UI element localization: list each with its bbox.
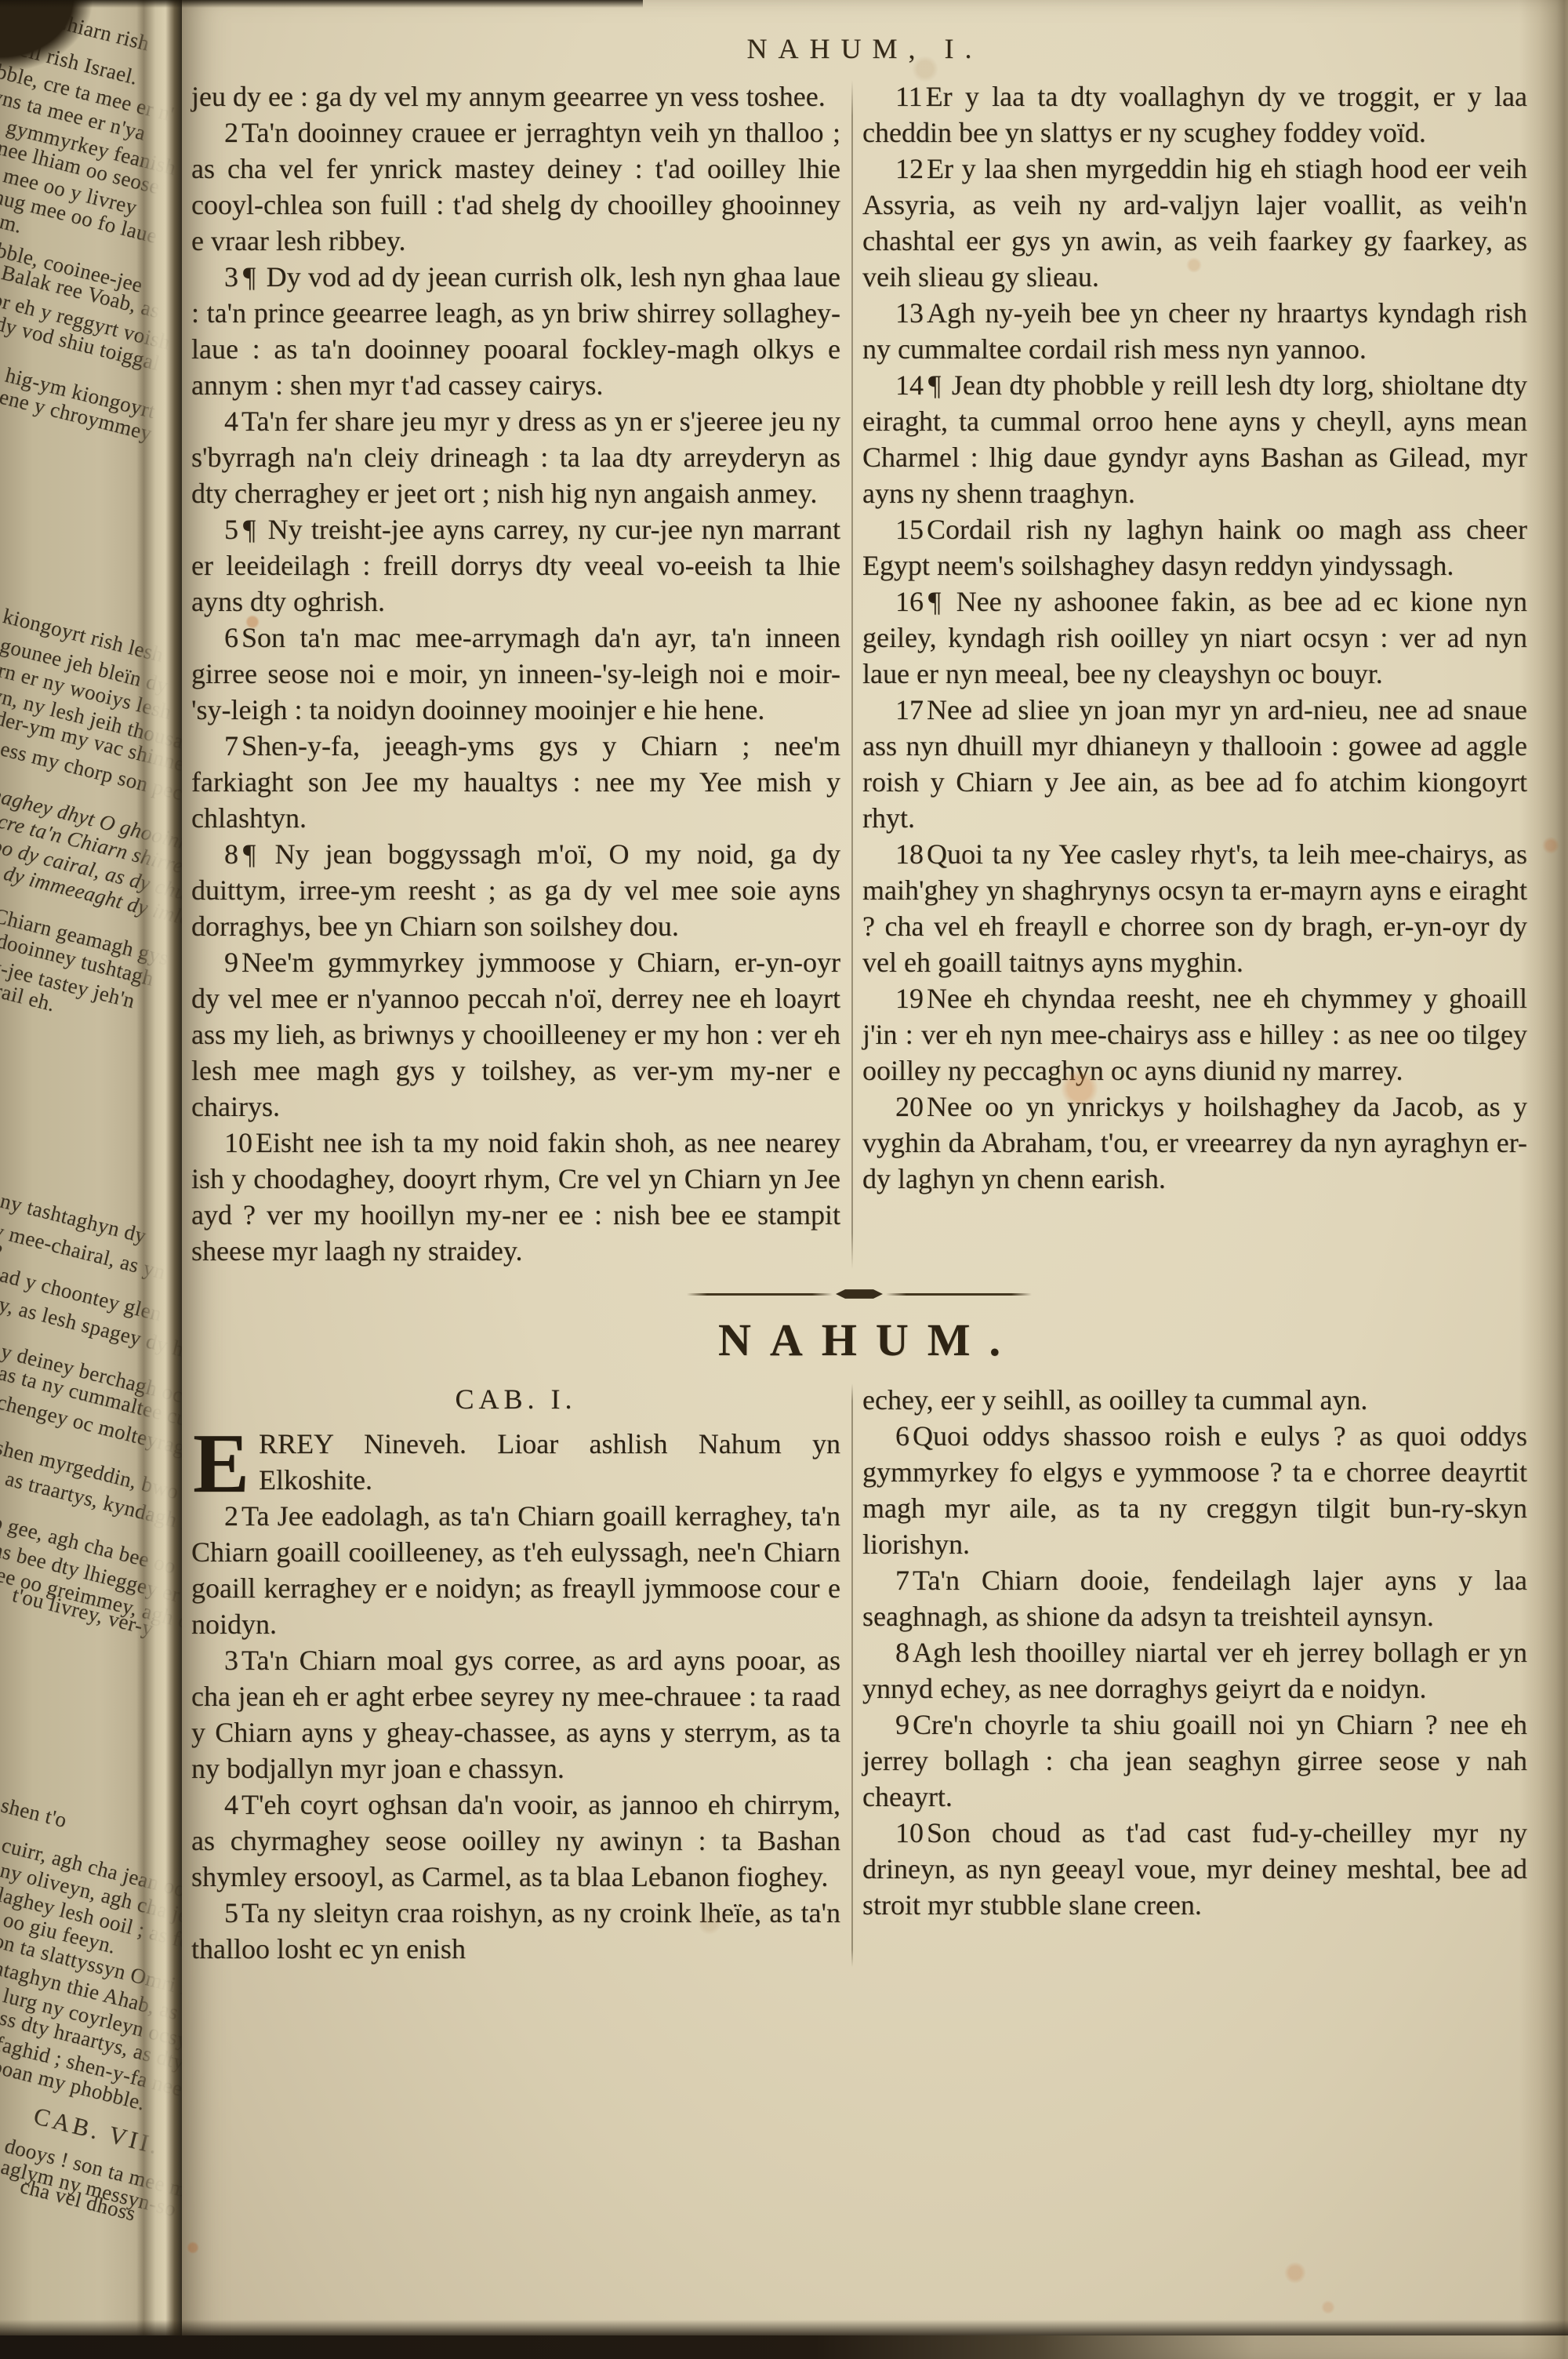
verse-10: 10Son choud as t'ad cast fud-y-cheilley … bbox=[862, 1815, 1527, 1923]
verse-number: 15 bbox=[895, 514, 927, 545]
verse-20: 20Nee oo yn ynrickys y hoilshaghey da Ja… bbox=[862, 1089, 1527, 1197]
verse-number: 5 bbox=[224, 514, 241, 545]
verse-4: 4T'eh coyrt oghsan da'n vooir, as jannoo… bbox=[191, 1787, 840, 1895]
verse-3: 3¶ Dy vod ad dy jeean currish olk, lesh … bbox=[191, 259, 840, 403]
nahum-right-column: echey, eer y seihll, as ooilley ta cumma… bbox=[862, 1382, 1527, 1967]
verse-number: 19 bbox=[895, 983, 927, 1014]
divider-gem-icon bbox=[836, 1289, 883, 1299]
verse-2: 2Ta Jee eadolagh, as ta'n Chiarn goaill … bbox=[191, 1498, 840, 1642]
page-curl-highlight bbox=[136, 0, 182, 2359]
verse-number: 3 bbox=[224, 1645, 241, 1676]
column-rule bbox=[851, 1383, 853, 1967]
verse-15: 15Cordail rish ny laghyn haink oo magh a… bbox=[862, 511, 1527, 583]
verse-17: 17Nee ad sliee yn joan myr yn ard-nieu, … bbox=[862, 692, 1527, 836]
chapter-heading: CAB. I. bbox=[191, 1382, 840, 1416]
verse-number: 5 bbox=[224, 1897, 241, 1928]
pilcrow-icon: ¶ bbox=[241, 838, 259, 870]
previous-page-text-fragment: s shen t'o bbox=[0, 1790, 69, 1833]
verse-8: 8Agh lesh thooilley niartal ver eh jerre… bbox=[862, 1634, 1527, 1707]
verse-number: 13 bbox=[895, 297, 927, 329]
pilcrow-icon: ¶ bbox=[927, 369, 944, 401]
verse-number: 12 bbox=[895, 153, 927, 184]
verse-number: 9 bbox=[224, 947, 241, 978]
verse-number: 6 bbox=[224, 622, 241, 653]
pilcrow-icon: ¶ bbox=[927, 586, 944, 617]
drop-cap: E bbox=[193, 1430, 249, 1498]
verse-continuation: jeu dy ee : ga dy vel my annym geearree … bbox=[191, 78, 840, 114]
verse-number: 8 bbox=[224, 838, 241, 870]
verse-5: 5Ta ny sleityn craa roishyn, as ny croin… bbox=[191, 1895, 840, 1967]
nahum-columns: CAB. I. ERREY Nineveh. Lioar ashlish Nah… bbox=[191, 1382, 1527, 1967]
scanned-book-photo: y Chiarn risheadeil rish Israel.obble, c… bbox=[0, 0, 1568, 2359]
nahum-left-column: CAB. I. ERREY Nineveh. Lioar ashlish Nah… bbox=[191, 1382, 840, 1967]
verse-number: 4 bbox=[224, 1789, 241, 1820]
micah-columns: jeu dy ee : ga dy vel my annym geearree … bbox=[191, 78, 1527, 1269]
pilcrow-icon: ¶ bbox=[241, 261, 259, 293]
micah-left-column: jeu dy ee : ga dy vel my annym geearree … bbox=[191, 78, 840, 1269]
verse-number: 7 bbox=[224, 730, 241, 761]
verse-14: 14¶ Jean dty phobble y reill lesh dty lo… bbox=[862, 367, 1527, 511]
verse-number: 6 bbox=[895, 1420, 913, 1452]
verse-number: 10 bbox=[895, 1817, 927, 1848]
verse-12: 12Er y laa shen myrgeddin hig eh stiagh … bbox=[862, 151, 1527, 295]
verse-number: 7 bbox=[895, 1565, 913, 1596]
verse-3: 3Ta'n Chiarn moal gys corree, as ard ayn… bbox=[191, 1642, 840, 1787]
verse-number: 20 bbox=[895, 1091, 927, 1122]
verse-13: 13Agh ny-yeih bee yn cheer ny hraartys k… bbox=[862, 295, 1527, 367]
running-head: NAHUM, I. bbox=[191, 31, 1527, 66]
verse-19: 19Nee eh chyndaa reesht, nee eh chymmey … bbox=[862, 980, 1527, 1089]
verse-number: 11 bbox=[895, 81, 926, 112]
verse-4: 4Ta'n fer share jeu myr y dress as yn er… bbox=[191, 403, 840, 511]
divider-line-left bbox=[687, 1293, 833, 1296]
verse-6: 6Son ta'n mac mee-arrymagh da'n ayr, ta'… bbox=[191, 620, 840, 728]
micah-right-column: 11Er y laa ta dty voallaghyn dy ve trogg… bbox=[862, 78, 1527, 1269]
verse-2: 2Ta'n dooinney crauee er jerraghtyn veih… bbox=[191, 114, 840, 259]
previous-page-edge: y Chiarn risheadeil rish Israel.obble, c… bbox=[0, 0, 182, 2359]
pilcrow-icon: ¶ bbox=[241, 514, 259, 545]
previous-page-text-fragment: ? bbox=[0, 1239, 5, 1265]
verse-5: 5¶ Ny treisht-jee ayns carrey, ny cur-je… bbox=[191, 511, 840, 620]
verse-7: 7Shen-y-fa, jeeagh-yms gys y Chiarn ; ne… bbox=[191, 728, 840, 836]
bible-page: NAHUM, I. jeu dy ee : ga dy vel my annym… bbox=[182, 0, 1568, 2359]
verse-continuation: ERREY Nineveh. Lioar ashlish Nahum yn El… bbox=[191, 1426, 840, 1498]
verse-18: 18Quoi ta ny Yee casley rhyt's, ta leih … bbox=[862, 836, 1527, 980]
verse-6: 6Quoi oddys shassoo roish e eulys ? as q… bbox=[862, 1418, 1527, 1562]
verse-number: 18 bbox=[895, 838, 927, 870]
verse-7: 7Ta'n Chiarn dooie, fendeilagh lajer ayn… bbox=[862, 1562, 1527, 1634]
verse-continuation: echey, eer y seihll, as ooilley ta cumma… bbox=[862, 1382, 1527, 1418]
verse-8: 8¶ Ny jean boggyssagh m'oï, O my noid, g… bbox=[191, 836, 840, 944]
verse-number: 8 bbox=[895, 1637, 913, 1668]
verse-9: 9Cre'n choyrle ta shiu goaill noi yn Chi… bbox=[862, 1707, 1527, 1815]
verse-number: 17 bbox=[895, 694, 927, 725]
verse-9: 9Nee'm gymmyrkey jymmoose y Chiarn, er-y… bbox=[191, 944, 840, 1125]
verse-16: 16¶ Nee ny ashoonee fakin, as bee ad ec … bbox=[862, 583, 1527, 692]
verse-11: 11Er y laa ta dty voallaghyn dy ve trogg… bbox=[862, 78, 1527, 151]
nahum-left-verses: ERREY Nineveh. Lioar ashlish Nahum yn El… bbox=[191, 1426, 840, 1967]
verse-number: 16 bbox=[895, 586, 927, 617]
section-divider-ornament bbox=[687, 1288, 1032, 1300]
verse-number: 9 bbox=[895, 1709, 913, 1740]
verse-number: 4 bbox=[224, 405, 241, 437]
book-title: NAHUM. bbox=[191, 1316, 1527, 1365]
divider-line-right bbox=[886, 1293, 1032, 1296]
verse-number: 14 bbox=[895, 369, 927, 401]
verse-number: 2 bbox=[224, 1500, 241, 1532]
verse-number: 3 bbox=[224, 261, 241, 293]
column-rule bbox=[851, 80, 853, 1269]
verse-number: 2 bbox=[224, 117, 241, 148]
verse-10: 10Eisht nee ish ta my noid fakin shoh, a… bbox=[191, 1125, 840, 1269]
verse-number: 10 bbox=[224, 1127, 256, 1158]
